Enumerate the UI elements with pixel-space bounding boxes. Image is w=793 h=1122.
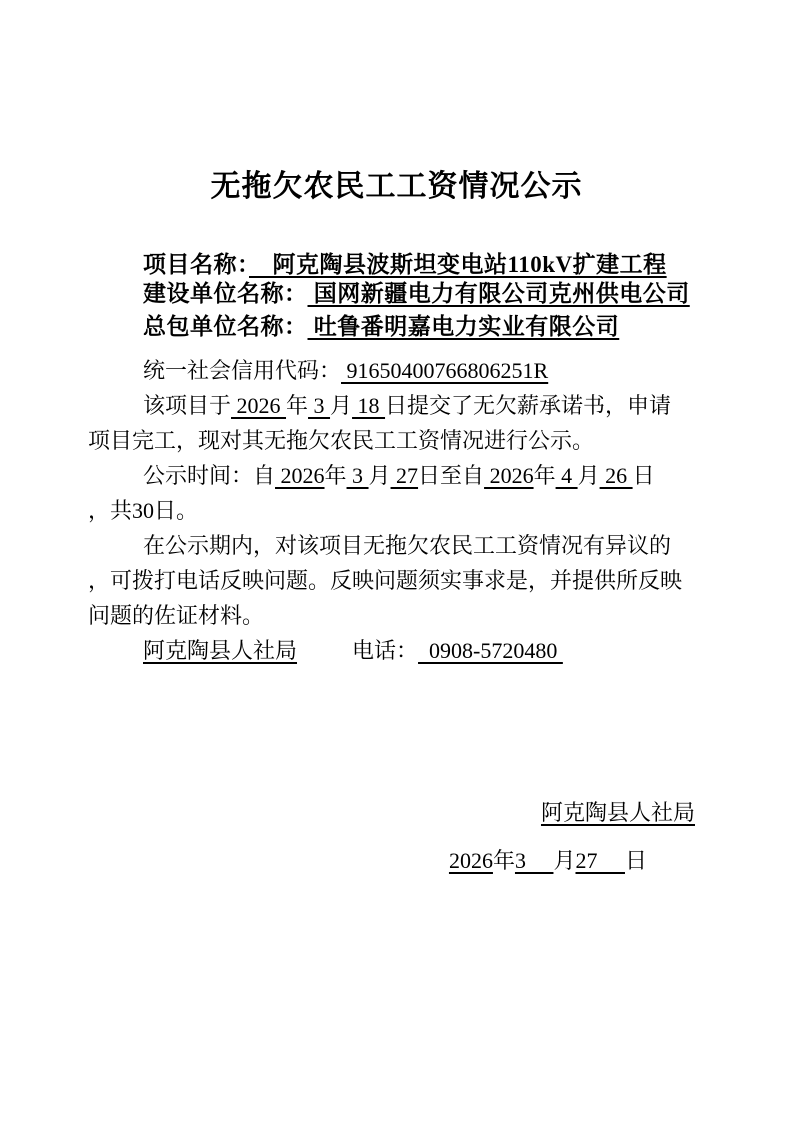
credit-code-line: 统一社会信用代码： 91650400766806251R bbox=[0, 353, 793, 388]
text-segment: ，共30日。 bbox=[88, 498, 198, 523]
filled-blank-value: 2026 bbox=[449, 848, 493, 873]
text-segment: 该项目于 bbox=[143, 393, 231, 418]
text-segment bbox=[297, 638, 352, 663]
text-segment: 统一社会信用代码： bbox=[143, 358, 341, 383]
filled-blank-value: 阿克陶县人社局 bbox=[143, 638, 297, 663]
text-segment: 项目名称： bbox=[143, 252, 249, 277]
objection-paragraph-line-2: ，可拨打电话反映问题。反映问题须实事求是，并提供所反映 bbox=[0, 563, 793, 598]
filled-blank-value: 91650400766806251R bbox=[341, 358, 548, 383]
commitment-paragraph-line-2: 项目完工，现对其无拖欠农民工工资情况进行公示。 bbox=[0, 423, 793, 458]
objection-paragraph-line-3: 问题的佐证材料。 bbox=[0, 598, 793, 633]
publicity-period-line-2: ，共30日。 bbox=[0, 493, 793, 528]
text-segment: 公示时间：自 bbox=[143, 463, 275, 488]
contractor-unit-line: 总包单位名称： 吐鲁番明嘉电力实业有限公司 bbox=[0, 312, 793, 341]
text-segment: 年 bbox=[534, 463, 556, 488]
filled-blank-value: 2026 bbox=[484, 463, 534, 488]
text-segment: 月 bbox=[578, 463, 600, 488]
filled-blank-value: 国网新疆电力有限公司克州供电公司 bbox=[308, 281, 690, 306]
text-segment: 建设单位名称： bbox=[143, 281, 308, 306]
filled-blank-value: 2026 bbox=[275, 463, 325, 488]
filled-blank-value: 27 bbox=[575, 848, 625, 873]
text-segment: 年 bbox=[286, 393, 308, 418]
text-segment: 日 bbox=[633, 463, 655, 488]
signature-date-line: 2026年3 月27 日 bbox=[0, 843, 793, 878]
text-segment: 日 bbox=[625, 848, 647, 873]
document-title: 无拖欠农民工工资情况公示 bbox=[0, 0, 793, 206]
text-segment: 问题的佐证材料。 bbox=[88, 603, 264, 628]
filled-blank-value: 阿克陶县人社局 bbox=[541, 800, 695, 825]
text-segment: 项目完工，现对其无拖欠农民工工资情况进行公示。 bbox=[88, 428, 594, 453]
filled-blank-value: 18 bbox=[352, 393, 385, 418]
filled-blank-value: 26 bbox=[600, 463, 633, 488]
text-segment: 日至自 bbox=[418, 463, 484, 488]
text-segment: 月 bbox=[369, 463, 391, 488]
filled-blank-value: 2026 bbox=[231, 393, 286, 418]
objection-paragraph-line-1: 在公示期内，对该项目无拖欠农民工工资情况有异议的 bbox=[0, 528, 793, 563]
text-segment: 总包单位名称： bbox=[143, 314, 308, 339]
text-segment: 年 bbox=[493, 848, 515, 873]
filled-blank-value: 27 bbox=[391, 463, 419, 488]
filled-blank-value: 4 bbox=[556, 463, 578, 488]
filled-blank-value: 3 bbox=[308, 393, 330, 418]
commitment-paragraph-line-1: 该项目于 2026 年 3 月 18 日提交了无欠薪承诺书，申请 bbox=[0, 388, 793, 423]
filled-blank-value: 阿克陶县波斯坦变电站110kV扩建工程 bbox=[249, 252, 667, 277]
text-segment: 月 bbox=[330, 393, 352, 418]
text-segment: 月 bbox=[553, 848, 575, 873]
filled-blank-value: 0908-5720480 bbox=[418, 638, 563, 663]
document-lines: 项目名称： 阿克陶县波斯坦变电站110kV扩建工程建设单位名称： 国网新疆电力有… bbox=[0, 250, 793, 878]
text-segment: ，可拨打电话反映问题。反映问题须实事求是，并提供所反映 bbox=[88, 568, 682, 593]
publicity-period-line-1: 公示时间：自 2026年 3 月 27日至自 2026年 4 月 26 日 bbox=[0, 458, 793, 493]
contact-line: 阿克陶县人社局 电话： 0908-5720480 bbox=[0, 633, 793, 668]
construction-unit-line: 建设单位名称： 国网新疆电力有限公司克州供电公司 bbox=[0, 279, 793, 308]
text-segment: 日提交了无欠薪承诺书，申请 bbox=[385, 393, 671, 418]
signature-agency-line: 阿克陶县人社局 bbox=[0, 795, 793, 830]
text-segment: 年 bbox=[325, 463, 347, 488]
filled-blank-value: 3 bbox=[347, 463, 369, 488]
filled-blank-value: 3 bbox=[515, 848, 554, 873]
notice-document: 无拖欠农民工工资情况公示 项目名称： 阿克陶县波斯坦变电站110kV扩建工程建设… bbox=[0, 0, 793, 1122]
text-segment: 在公示期内，对该项目无拖欠农民工工资情况有异议的 bbox=[143, 533, 671, 558]
filled-blank-value: 吐鲁番明嘉电力实业有限公司 bbox=[308, 314, 620, 339]
project-name-line: 项目名称： 阿克陶县波斯坦变电站110kV扩建工程 bbox=[0, 250, 793, 279]
text-segment: 电话： bbox=[352, 638, 418, 663]
